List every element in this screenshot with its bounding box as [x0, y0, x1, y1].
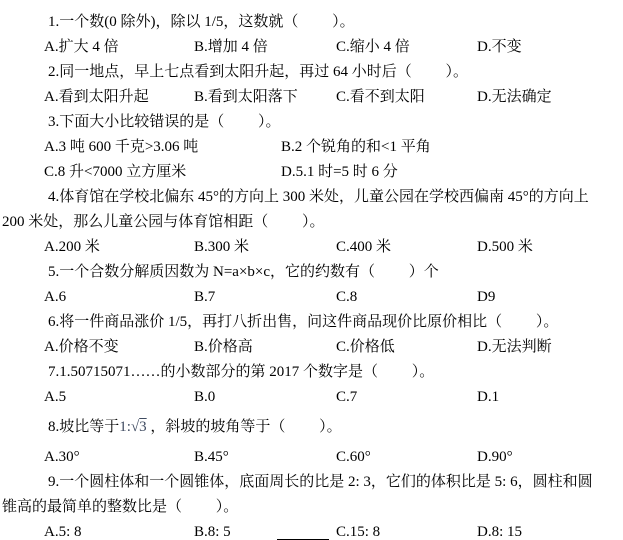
question-2-options: A.看到太阳升起 B.看到太阳落下 C.看不到太阳 D.无法确定	[0, 85, 623, 110]
question-6-options: A.价格不变 B.价格高 C.价格低 D.无法判断	[0, 335, 623, 360]
question-3-options-row-1: A.3 吨 600 千克>3.06 吨 B.2 个锐角的和<1 平角	[0, 135, 623, 160]
question-7-option-c: C.7	[336, 385, 357, 410]
question-2-option-b: B.看到太阳落下	[194, 85, 298, 110]
question-9-options: A.5: 8 B.8: 5 C.15: 8 D.8: 15	[0, 520, 623, 540]
question-8-option-d: D.90°	[477, 445, 513, 470]
question-7-option-b: B.0	[194, 385, 215, 410]
question-8-text: 8.坡比等于1:√3 ，斜坡的坡角等于（ ）。	[0, 415, 623, 440]
question-5-option-b: B.7	[194, 285, 215, 310]
question-4-option-a: A.200 米	[44, 235, 100, 260]
question-3-option-c: C.8 升<7000 立方厘米	[44, 160, 186, 185]
slope-ratio-equation: 1:√3	[119, 419, 146, 435]
question-4-options: A.200 米 B.300 米 C.400 米 D.500 米	[0, 235, 623, 260]
question-3-text: 3.下面大小比较错误的是（ ）。	[0, 110, 623, 135]
question-9-text-line-2: 锥高的最简单的整数比是（ ）。	[0, 495, 623, 520]
question-9-option-c: C.15: 8	[336, 520, 380, 540]
sqrt-icon: √	[131, 419, 139, 435]
question-1-option-a: A.扩大 4 倍	[44, 35, 119, 60]
question-1-text: 1.一个数(0 除外)，除以 1/5，这数就（ ）。	[0, 10, 623, 35]
question-8-options: A.30° B.45° C.60° D.90°	[0, 445, 623, 470]
question-4-option-b: B.300 米	[194, 235, 249, 260]
question-3-option-b: B.2 个锐角的和<1 平角	[281, 135, 431, 160]
answer-blank-line	[277, 524, 329, 540]
question-8-suffix: ，斜坡的坡角等于（ ）。	[147, 419, 342, 435]
question-4-option-d: D.500 米	[477, 235, 533, 260]
question-7-text: 7.1.50715071……的小数部分的第 2017 个数字是（ ）。	[0, 360, 623, 385]
question-9-option-b: B.8: 5	[194, 520, 231, 540]
question-8-option-a: A.30°	[44, 445, 80, 470]
question-9-option-d: D.8: 15	[477, 520, 522, 540]
question-6-option-a: A.价格不变	[44, 335, 119, 360]
question-1-option-c: C.缩小 4 倍	[336, 35, 410, 60]
question-8-prefix: 8.坡比等于	[48, 419, 119, 435]
question-2-option-a: A.看到太阳升起	[44, 85, 149, 110]
question-8-option-b: B.45°	[194, 445, 229, 470]
question-2-option-d: D.无法确定	[477, 85, 552, 110]
question-9-text-line-1: 9.一个圆柱体和一个圆锥体，底面周长的比是 2: 3，它们的体积比是 5: 6，…	[0, 470, 623, 495]
question-1-option-d: D.不变	[477, 35, 522, 60]
question-4-option-c: C.400 米	[336, 235, 391, 260]
sqrt-radicand: 3	[139, 419, 147, 435]
question-2-text: 2.同一地点，早上七点看到太阳升起，再过 64 小时后（ ）。	[0, 60, 623, 85]
question-5-option-a: A.6	[44, 285, 66, 310]
question-5-option-d: D9	[477, 285, 495, 310]
question-7-option-d: D.1	[477, 385, 499, 410]
question-3-options-row-2: C.8 升<7000 立方厘米 D.5.1 时=5 时 6 分	[0, 160, 623, 185]
question-7-option-a: A.5	[44, 385, 66, 410]
ratio-value: 1:	[119, 419, 131, 435]
question-6-text: 6.将一件商品涨价 1/5，再打八折出售，问这件商品现价比原价相比（ ）。	[0, 310, 623, 335]
question-6-option-b: B.价格高	[194, 335, 253, 360]
document-page: 1.一个数(0 除外)，除以 1/5，这数就（ ）。 A.扩大 4 倍 B.增加…	[0, 0, 623, 540]
question-9-option-a: A.5: 8	[44, 520, 82, 540]
question-6-option-d: D.无法判断	[477, 335, 552, 360]
question-7-options: A.5 B.0 C.7 D.1	[0, 385, 623, 410]
question-3-option-a: A.3 吨 600 千克>3.06 吨	[44, 135, 198, 160]
question-4-text-line-1: 4.体育馆在学校北偏东 45°的方向上 300 米处，儿童公园在学校西偏南 45…	[0, 185, 623, 210]
question-3-option-d: D.5.1 时=5 时 6 分	[281, 160, 398, 185]
question-5-options: A.6 B.7 C.8 D9	[0, 285, 623, 310]
question-1-option-b: B.增加 4 倍	[194, 35, 268, 60]
question-4-text-line-2: 200 米处，那么儿童公园与体育馆相距（ ）。	[0, 210, 623, 235]
question-5-text: 5.一个合数分解质因数为 N=a×b×c，它的约数有（ ）个	[0, 260, 623, 285]
question-8-option-c: C.60°	[336, 445, 371, 470]
question-2-option-c: C.看不到太阳	[336, 85, 425, 110]
question-6-option-c: C.价格低	[336, 335, 395, 360]
question-5-option-c: C.8	[336, 285, 357, 310]
question-1-options: A.扩大 4 倍 B.增加 4 倍 C.缩小 4 倍 D.不变	[0, 35, 623, 60]
